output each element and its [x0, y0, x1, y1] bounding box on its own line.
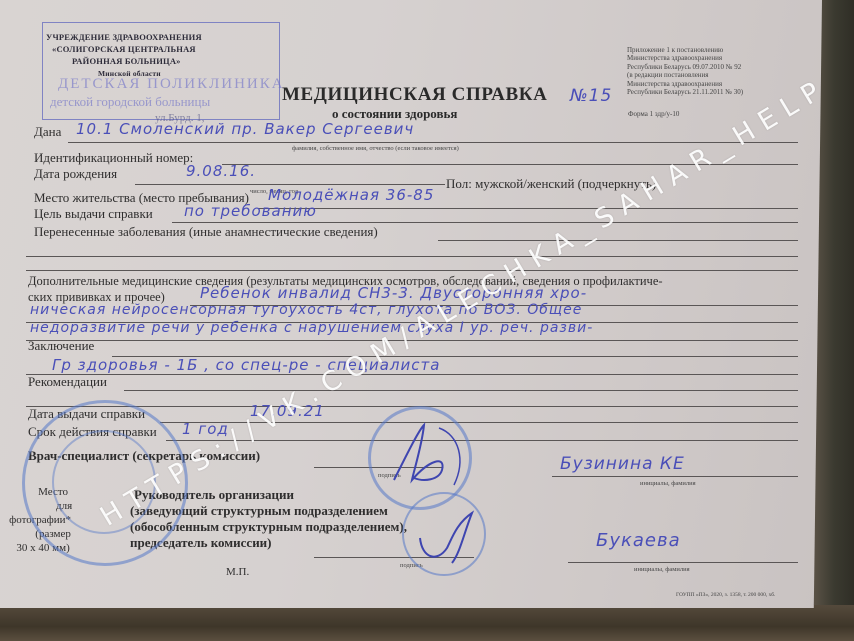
appendix-line: Республики Беларусь 09.07.2010 № 92: [627, 63, 743, 71]
org-line-1: УЧРЕЖДЕНИЕ ЗДРАВООХРАНЕНИЯ: [46, 32, 202, 42]
dob-value[interactable]: 9.08.16.: [186, 162, 256, 180]
doctor-initials-caption: инициалы, фамилия: [640, 480, 696, 487]
org-line-2: «СОЛИГОРСКАЯ ЦЕНТРАЛЬНАЯ: [52, 44, 196, 54]
appendix-line: Приложение 1 к постановлению: [627, 46, 743, 54]
printer-info: ГОУПП «ПЗ», 2020, з. 1358, т. 200 000, х…: [676, 592, 775, 598]
appendix-block: Приложение 1 к постановлению Министерств…: [627, 46, 743, 96]
id-label: Идентификационный номер:: [34, 150, 193, 166]
recommendations-label: Рекомендации: [28, 374, 107, 390]
purpose-label: Цель выдачи справки: [34, 206, 153, 222]
name-caption: фамилия, собственное имя, отчество (если…: [292, 145, 459, 152]
appendix-line: Министерства здравоохранения: [627, 54, 743, 62]
conclusion-label: Заключение: [28, 338, 94, 354]
dob-label: Дата рождения: [34, 166, 117, 182]
seal-label: М.П.: [226, 566, 249, 578]
additional-value-line-2[interactable]: ническая нейросенсорная тугоухость 4ст, …: [30, 302, 582, 318]
purpose-value[interactable]: по требованию: [184, 202, 317, 220]
certificate-number: №15: [570, 86, 612, 106]
appendix-line: (в редакции постановления: [627, 71, 743, 79]
document-title: МЕДИЦИНСКАЯ СПРАВКА: [282, 84, 547, 106]
head-name[interactable]: Букаева: [596, 530, 681, 551]
appendix-line: Республики Беларусь 21.11.2011 № 30): [627, 88, 743, 96]
head-signature-icon: [412, 508, 482, 568]
faint-stamp-1: ДЕТСКАЯ ПОЛИКЛИНИКА: [58, 76, 285, 93]
background-bottom: [0, 605, 854, 641]
doctor-signature-icon: [384, 420, 474, 490]
head-initials-caption: инициалы, фамилия: [634, 566, 690, 573]
form-number: Форма 1 здр/у-10: [628, 110, 679, 118]
org-line-3: РАЙОННАЯ БОЛЬНИЦА»: [72, 56, 181, 66]
additional-value-line-3[interactable]: недоразвитие речи у ребенка с нарушением…: [30, 320, 593, 336]
past-diseases-label: Перенесенные заболевания (иные анамнести…: [34, 224, 378, 240]
doctor-name[interactable]: Бузинина КЕ: [560, 454, 685, 474]
faint-stamp-2: детской городской больницы: [50, 94, 210, 110]
issued-to-label: Дана: [34, 124, 61, 140]
issued-to-value[interactable]: 10.1 Смоленский пр. Вакер Сергеевич: [76, 120, 414, 138]
appendix-line: Министерства здравоохранения: [627, 80, 743, 88]
additional-value-line-1[interactable]: Ребенок инвалид СН3-3. Двусторонняя хро-: [200, 284, 587, 302]
